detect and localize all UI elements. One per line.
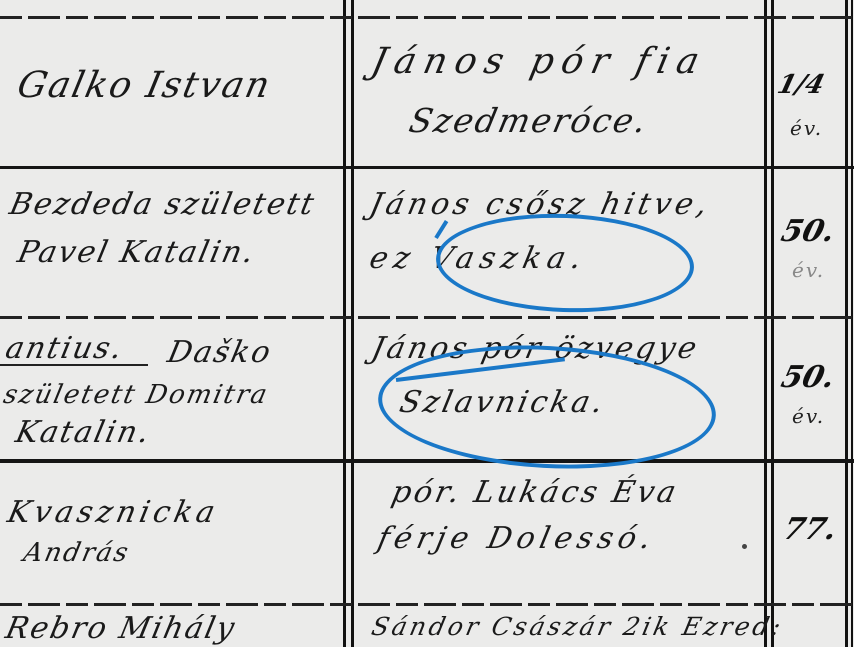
row-rule-0 bbox=[0, 16, 854, 19]
column-divider-2b bbox=[771, 0, 774, 647]
register-page: Galko Istvan János pór fia Szedmeróce. 1… bbox=[0, 0, 854, 647]
relatives-line: Szedmeróce. bbox=[406, 104, 651, 137]
age-value: 1/4 bbox=[774, 70, 827, 100]
name-line: Daško bbox=[165, 338, 275, 368]
age-value: 50. bbox=[778, 360, 839, 395]
name-line: Galko Istvan bbox=[14, 68, 274, 104]
name-line: született Domitra bbox=[1, 382, 271, 408]
column-divider-1b bbox=[351, 0, 354, 647]
name-line: Rebro Mihály bbox=[3, 614, 239, 644]
name-prefix: antius. bbox=[3, 334, 127, 364]
name-line: Katalin. bbox=[13, 418, 154, 448]
row-rule-3 bbox=[0, 459, 854, 463]
relatives-line: férje Dolessó. bbox=[375, 524, 659, 554]
column-divider-3b bbox=[851, 0, 853, 647]
name-line: András bbox=[21, 540, 132, 566]
name-line: Pavel Katalin. bbox=[15, 238, 258, 268]
highlight-circle-vaszka-tail bbox=[434, 220, 448, 239]
row-rule-4 bbox=[0, 603, 854, 606]
relatives-line: pór. Lukács Éva bbox=[389, 478, 682, 508]
trailing-dot bbox=[742, 544, 747, 549]
relatives-line: ez Vaszka. bbox=[367, 244, 590, 274]
relatives-line: János csősz hitve, bbox=[367, 190, 714, 220]
relatives-line: Szlavnicka. bbox=[397, 388, 608, 418]
age-unit: év. bbox=[792, 258, 825, 282]
column-divider-3a bbox=[845, 0, 848, 647]
age-unit: év. bbox=[790, 116, 823, 140]
column-divider-1a bbox=[343, 0, 346, 647]
name-prefix-underline bbox=[0, 364, 148, 366]
relatives-line: János pór özvegye bbox=[369, 334, 702, 364]
age-unit: év. bbox=[792, 404, 825, 428]
name-line: Bezdeda született bbox=[7, 190, 318, 220]
age-value: 77. bbox=[780, 512, 841, 547]
relatives-line: Sándor Császár 2ik Ezred: bbox=[369, 614, 786, 639]
row-rule-2 bbox=[0, 316, 854, 319]
column-divider-2a bbox=[764, 0, 767, 647]
relatives-line: János pór fia bbox=[368, 44, 710, 80]
row-rule-1 bbox=[0, 166, 854, 169]
name-line: Kvasznicka bbox=[5, 498, 222, 528]
age-value: 50. bbox=[778, 214, 839, 249]
